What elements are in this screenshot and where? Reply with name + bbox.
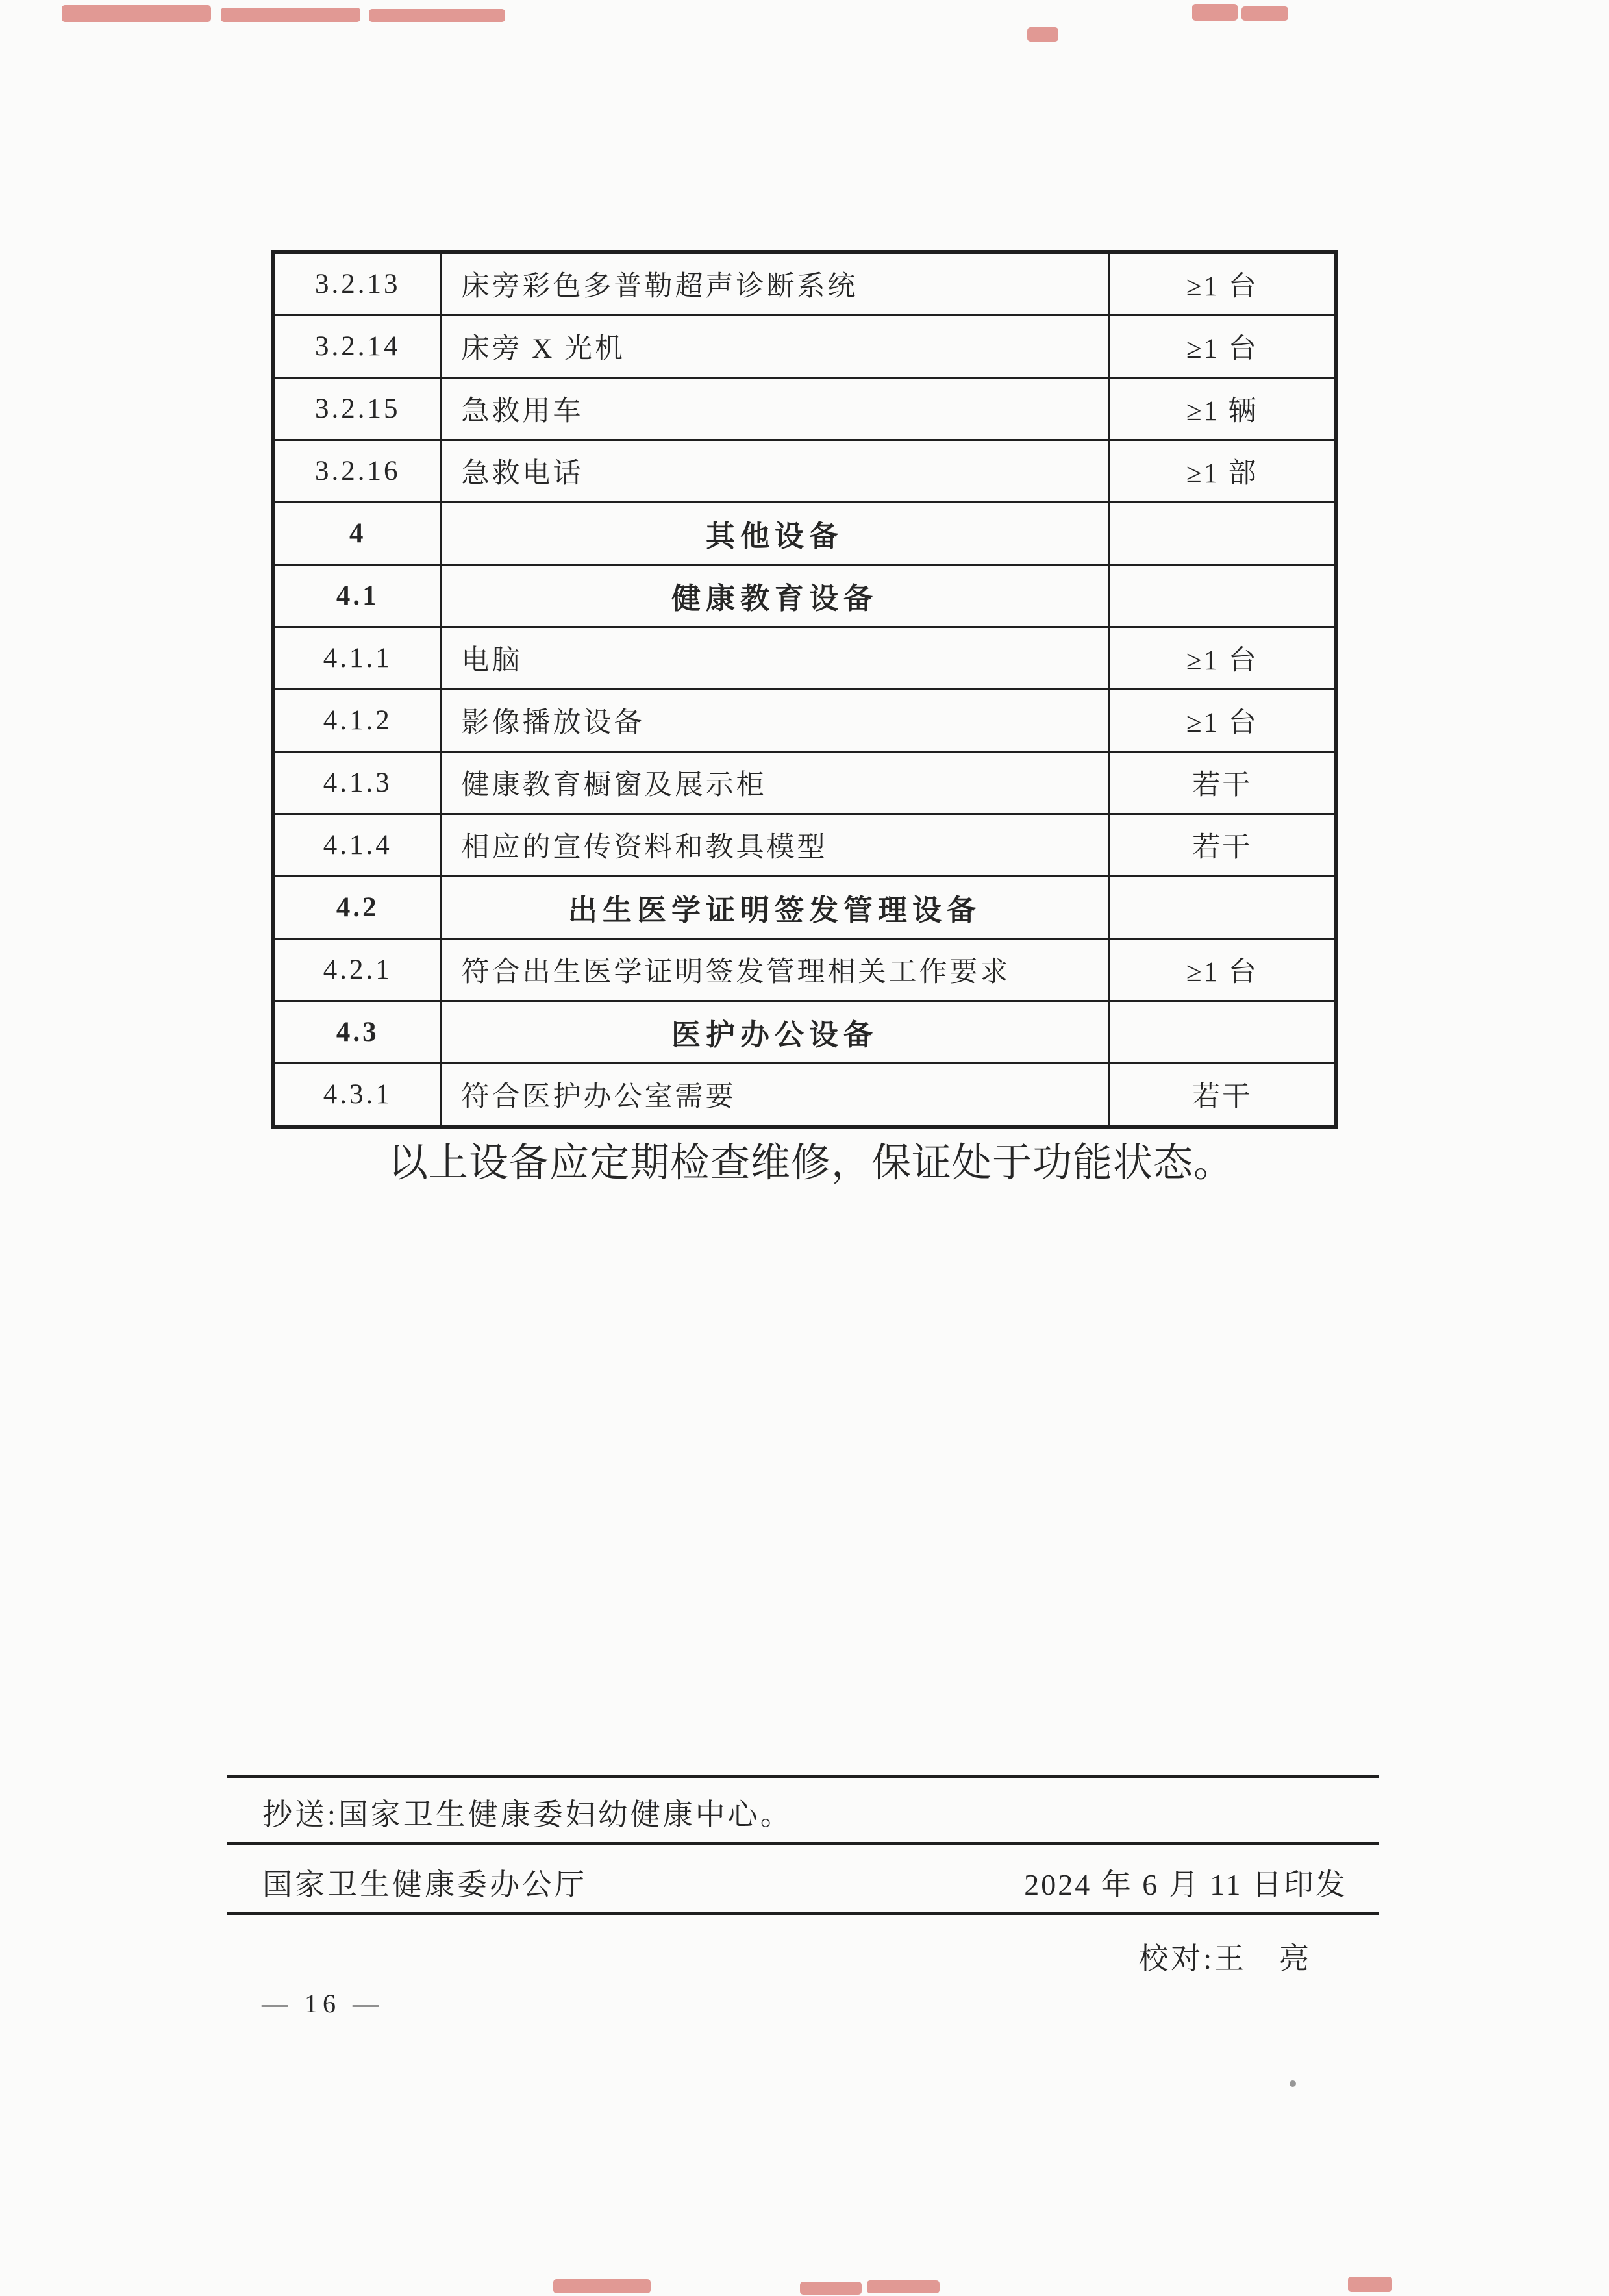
- table-row: 4.1.2 影像播放设备 ≥1 台: [273, 690, 1336, 752]
- equipment-name-cell: 相应的宣传资料和教具模型: [441, 814, 1109, 877]
- quantity-cell: 若干: [1109, 814, 1336, 877]
- table-row: 4.3.1 符合医护办公室需要 若干: [273, 1064, 1336, 1127]
- proofreader: 校对:王 亮: [1138, 1935, 1312, 1978]
- issuing-office: 国家卫生健康委办公厅: [262, 1861, 587, 1904]
- row-number-cell: 3.2.16: [273, 440, 441, 503]
- row-number-cell: 4.1.2: [273, 690, 441, 752]
- red-scan-mark: [553, 2279, 651, 2293]
- quantity-cell: ≥1 台: [1109, 627, 1336, 690]
- row-number-cell: 4.1.4: [273, 814, 441, 877]
- equipment-name-cell: 符合出生医学证明签发管理相关工作要求: [441, 939, 1109, 1001]
- row-number-cell: 4.1.3: [273, 752, 441, 814]
- table-row: 4.1.4 相应的宣传资料和教具模型 若干: [273, 814, 1336, 877]
- table-row: 4.2.1 符合出生医学证明签发管理相关工作要求 ≥1 台: [273, 939, 1336, 1001]
- quantity-cell: ≥1 台: [1109, 939, 1336, 1001]
- red-scan-mark: [369, 9, 505, 22]
- table-row: 4 其他设备: [273, 503, 1336, 565]
- maintenance-note: 以上设备应定期检查维修，保证处于功能状态。: [388, 1131, 1234, 1188]
- equipment-name-cell: 符合医护办公室需要: [441, 1064, 1109, 1127]
- ink-speck: [1290, 2080, 1296, 2087]
- cc-line: 抄送:国家卫生健康委妇幼健康中心。: [262, 1791, 793, 1834]
- quantity-cell: ≥1 部: [1109, 440, 1336, 503]
- table-row: 4.1.1 电脑 ≥1 台: [273, 627, 1336, 690]
- table-row: 3.2.13 床旁彩色多普勒超声诊断系统 ≥1 台: [273, 252, 1336, 316]
- equipment-table: 3.2.13 床旁彩色多普勒超声诊断系统 ≥1 台 3.2.14 床旁 X 光机…: [271, 250, 1338, 1129]
- row-number-cell: 4.3.1: [273, 1064, 441, 1127]
- row-number-cell: 4.1: [273, 565, 441, 627]
- quantity-cell: ≥1 台: [1109, 690, 1336, 752]
- print-date: 2024 年 6 月 11 日印发: [1024, 1861, 1347, 1904]
- quantity-cell: [1109, 565, 1336, 627]
- row-number-cell: 3.2.15: [273, 378, 441, 440]
- quantity-cell: ≥1 辆: [1109, 378, 1336, 440]
- red-scan-mark: [1027, 27, 1058, 42]
- quantity-cell: 若干: [1109, 1064, 1336, 1127]
- red-scan-mark: [1192, 4, 1238, 21]
- table-row: 4.2 出生医学证明签发管理设备: [273, 877, 1336, 939]
- page-number: — 16 —: [262, 1988, 384, 2019]
- equipment-name-cell: 床旁 X 光机: [441, 316, 1109, 378]
- document-page: 3.2.13 床旁彩色多普勒超声诊断系统 ≥1 台 3.2.14 床旁 X 光机…: [0, 0, 1609, 2296]
- row-number-cell: 3.2.14: [273, 316, 441, 378]
- quantity-cell: [1109, 503, 1336, 565]
- footer-rule-bottom: [227, 1912, 1379, 1915]
- row-number-cell: 4.2: [273, 877, 441, 939]
- equipment-name-cell: 影像播放设备: [441, 690, 1109, 752]
- quantity-cell: [1109, 877, 1336, 939]
- red-scan-mark: [800, 2282, 862, 2295]
- table-row: 4.3 医护办公设备: [273, 1001, 1336, 1064]
- table-row: 3.2.14 床旁 X 光机 ≥1 台: [273, 316, 1336, 378]
- red-scan-mark: [867, 2280, 940, 2293]
- footer-rule-top: [227, 1775, 1379, 1778]
- row-number-cell: 4.1.1: [273, 627, 441, 690]
- quantity-cell: [1109, 1001, 1336, 1064]
- red-scan-mark: [221, 8, 360, 22]
- quantity-cell: 若干: [1109, 752, 1336, 814]
- quantity-cell: ≥1 台: [1109, 316, 1336, 378]
- row-number-cell: 3.2.13: [273, 252, 441, 316]
- equipment-table-body: 3.2.13 床旁彩色多普勒超声诊断系统 ≥1 台 3.2.14 床旁 X 光机…: [273, 252, 1336, 1127]
- equipment-name-cell: 床旁彩色多普勒超声诊断系统: [441, 252, 1109, 316]
- table-row: 3.2.16 急救电话 ≥1 部: [273, 440, 1336, 503]
- row-number-cell: 4.3: [273, 1001, 441, 1064]
- equipment-name-cell: 健康教育橱窗及展示柜: [441, 752, 1109, 814]
- equipment-name-cell: 电脑: [441, 627, 1109, 690]
- equipment-name-cell: 其他设备: [441, 503, 1109, 565]
- equipment-name-cell: 健康教育设备: [441, 565, 1109, 627]
- quantity-cell: ≥1 台: [1109, 252, 1336, 316]
- red-scan-mark: [1241, 6, 1288, 21]
- red-scan-mark: [62, 5, 211, 22]
- table-row: 4.1.3 健康教育橱窗及展示柜 若干: [273, 752, 1336, 814]
- table-row: 4.1 健康教育设备: [273, 565, 1336, 627]
- equipment-name-cell: 医护办公设备: [441, 1001, 1109, 1064]
- row-number-cell: 4.2.1: [273, 939, 441, 1001]
- equipment-name-cell: 出生医学证明签发管理设备: [441, 877, 1109, 939]
- red-scan-mark: [1348, 2277, 1392, 2292]
- footer-rule-middle: [227, 1842, 1379, 1845]
- equipment-name-cell: 急救电话: [441, 440, 1109, 503]
- table-row: 3.2.15 急救用车 ≥1 辆: [273, 378, 1336, 440]
- row-number-cell: 4: [273, 503, 441, 565]
- equipment-name-cell: 急救用车: [441, 378, 1109, 440]
